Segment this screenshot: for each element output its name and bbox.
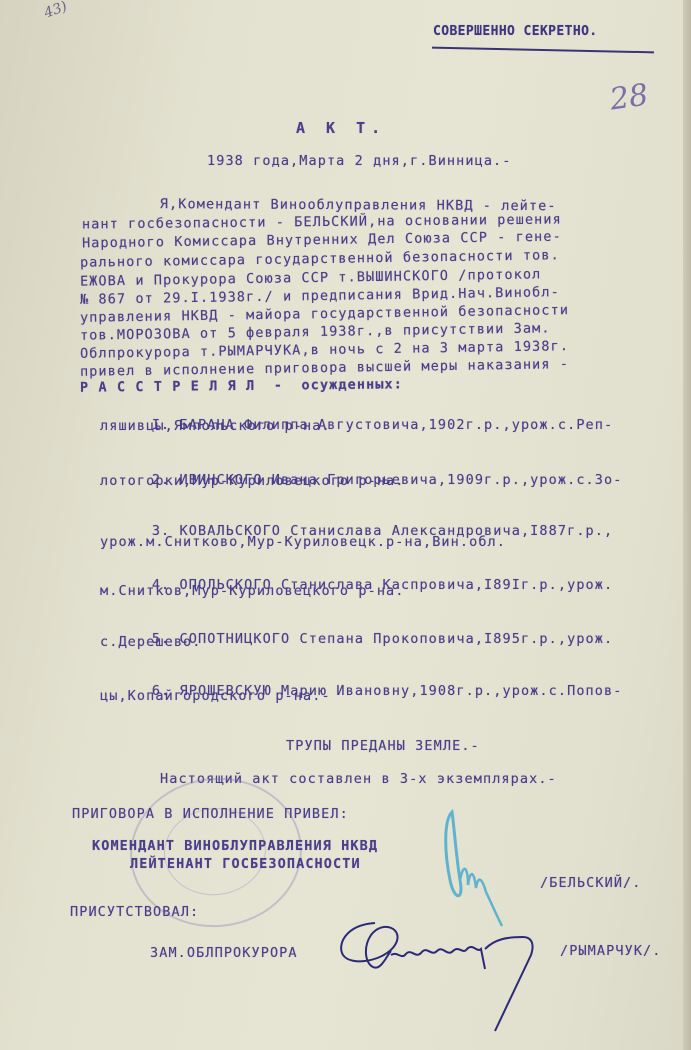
executor-name: /БЕЛЬСКИЙ/.	[540, 875, 642, 892]
list-item-continuation: урож.м.Снитково,Мур-Куриловецк.р-на,Вин.…	[100, 534, 506, 551]
list-item-continuation: м.Снитков,Мур-Куриловецкого р-на.	[100, 583, 405, 600]
list-item-text: СОПОТНИЦКОГО Степана Прокоповича,I895г.р…	[180, 631, 614, 647]
executor-title-line1: КОМЕНДАНТ ВИНОБЛУПРАВЛЕНИЯ НКВД	[92, 838, 378, 855]
classification-label: СОВЕРШЕННО СЕКРЕТНО.	[433, 23, 598, 40]
executor-title-line2: ЛЕЙТЕНАНТ ГОСБЕЗОПАСНОСТИ	[130, 856, 361, 873]
intro-line-executed: Р А С С Т Р Е Л Я Л - осужденных:	[80, 376, 403, 396]
document-page: 43) СОВЕРШЕННО СЕКРЕТНО. 28 А К Т. 1938 …	[0, 0, 691, 1050]
witness-title: ЗАМ.ОБЛПРОКУРОРА	[150, 945, 298, 962]
folio-number: 28	[608, 78, 651, 118]
dateline: 1938 года,Марта 2 дня,г.Винница.-	[207, 153, 512, 170]
page-edge	[683, 0, 691, 1050]
witness-name: /РЫМАРЧУК/.	[560, 943, 662, 960]
executed-by-label: ПРИГОВОРА В ИСПОЛНЕНИЕ ПРИВЕЛ:	[72, 806, 349, 823]
present-label: ПРИСУТСТВОВАЛ:	[70, 904, 199, 921]
list-item-continuation: с.Дерешево.	[100, 634, 202, 651]
document-title: А К Т.	[296, 120, 386, 137]
classification-underline	[432, 47, 654, 54]
list-item-continuation: лотогорки,Мур-Куриловецкого р-на.	[100, 473, 405, 490]
list-item-continuation: ляшивцы,Ямпольского р-на.	[100, 418, 331, 435]
bodies-note: ТРУПЫ ПРЕДАНЫ ЗЕМЛЕ.-	[286, 738, 480, 755]
witness-signature	[335, 915, 565, 1035]
archive-corner-mark: 43)	[42, 0, 69, 21]
executor-signature	[430, 800, 540, 930]
list-item-continuation: цы,Копайгородского р-на.-	[100, 688, 331, 705]
